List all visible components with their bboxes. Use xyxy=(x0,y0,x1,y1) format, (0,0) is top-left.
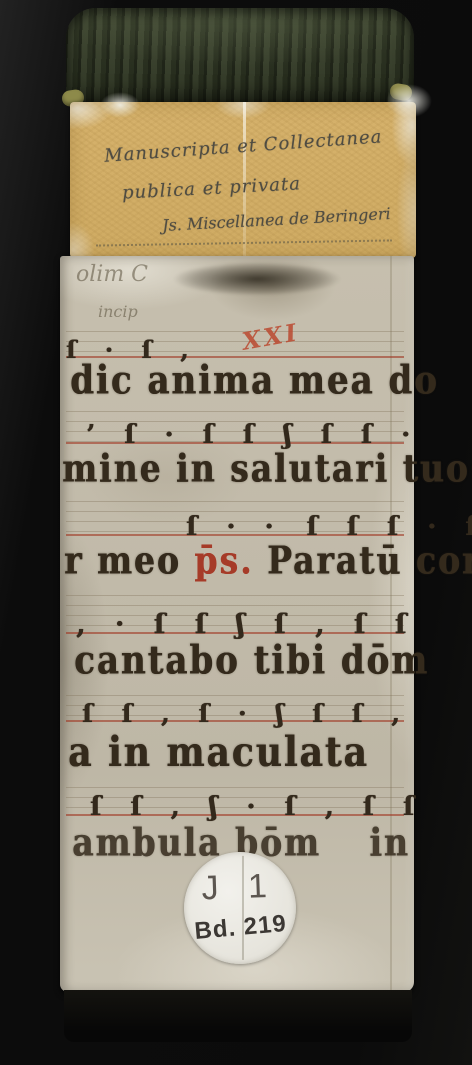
staff-lines-row-c: ſ · · ſ ſ ſ · ſ , xyxy=(66,492,404,536)
manuscript-text-line-5: a in maculata xyxy=(68,728,369,776)
staff-lines-row-f: ſ ſ , ʃ · ſ , ſ ſ xyxy=(66,778,404,816)
text-line-3-pre: r meo xyxy=(64,538,194,583)
frayed-paper-corner-left xyxy=(100,92,140,118)
manuscript-text-line-4: cantabo tibi dōm xyxy=(74,638,429,684)
manuscript-text-line-2: mine in salutari tuo· xyxy=(62,446,472,491)
shelf-label: Manuscripta et Collectanea publica et pr… xyxy=(70,102,416,258)
neume-row-d: , · ſ ſ ʃ ſ , ſ ſ xyxy=(66,609,414,640)
manuscript-text-line-1: dic anima mea do xyxy=(70,358,439,404)
faded-inscription-1: olim C xyxy=(76,262,148,287)
manuscript-text-line-3: r meo p̄s. Paratū cor. xyxy=(64,538,472,583)
shelfmark-top: J 1 xyxy=(183,866,296,909)
neume-row-e: ſ ſ , ſ · ʃ ſ ſ , xyxy=(66,699,420,728)
label-handwriting-line-3: Js. Miscellanea de Beringeri xyxy=(162,204,391,235)
staff-lines-row-e: ſ ſ , ſ · ʃ ſ ſ , xyxy=(66,686,404,722)
shelfmark-number: Bd. 219 xyxy=(184,909,298,947)
staff-lines-row-b: ’ ſ · ſ ſ ʃ ſ ſ · xyxy=(66,402,404,444)
psalm-rubric-red: p̄s. xyxy=(194,538,253,583)
staff-lines-row-a: ſ · ſ , xyxy=(66,322,404,358)
photo-background: Manuscripta et Collectanea publica et pr… xyxy=(0,0,472,1065)
faded-inscription-2: incip xyxy=(98,302,138,321)
label-handwriting-line-2: publica et privata xyxy=(122,173,302,203)
text-line-3-post: Paratū cor. xyxy=(253,538,472,583)
staff-lines-row-d: , · ſ ſ ʃ ſ , ſ ſ xyxy=(66,586,404,634)
book-foot-edge xyxy=(64,990,412,1042)
frayed-paper-corner-right xyxy=(386,84,432,118)
ink-smudge xyxy=(152,258,362,300)
neume-row-f: ſ ſ , ʃ · ſ , ſ ſ xyxy=(66,792,428,822)
